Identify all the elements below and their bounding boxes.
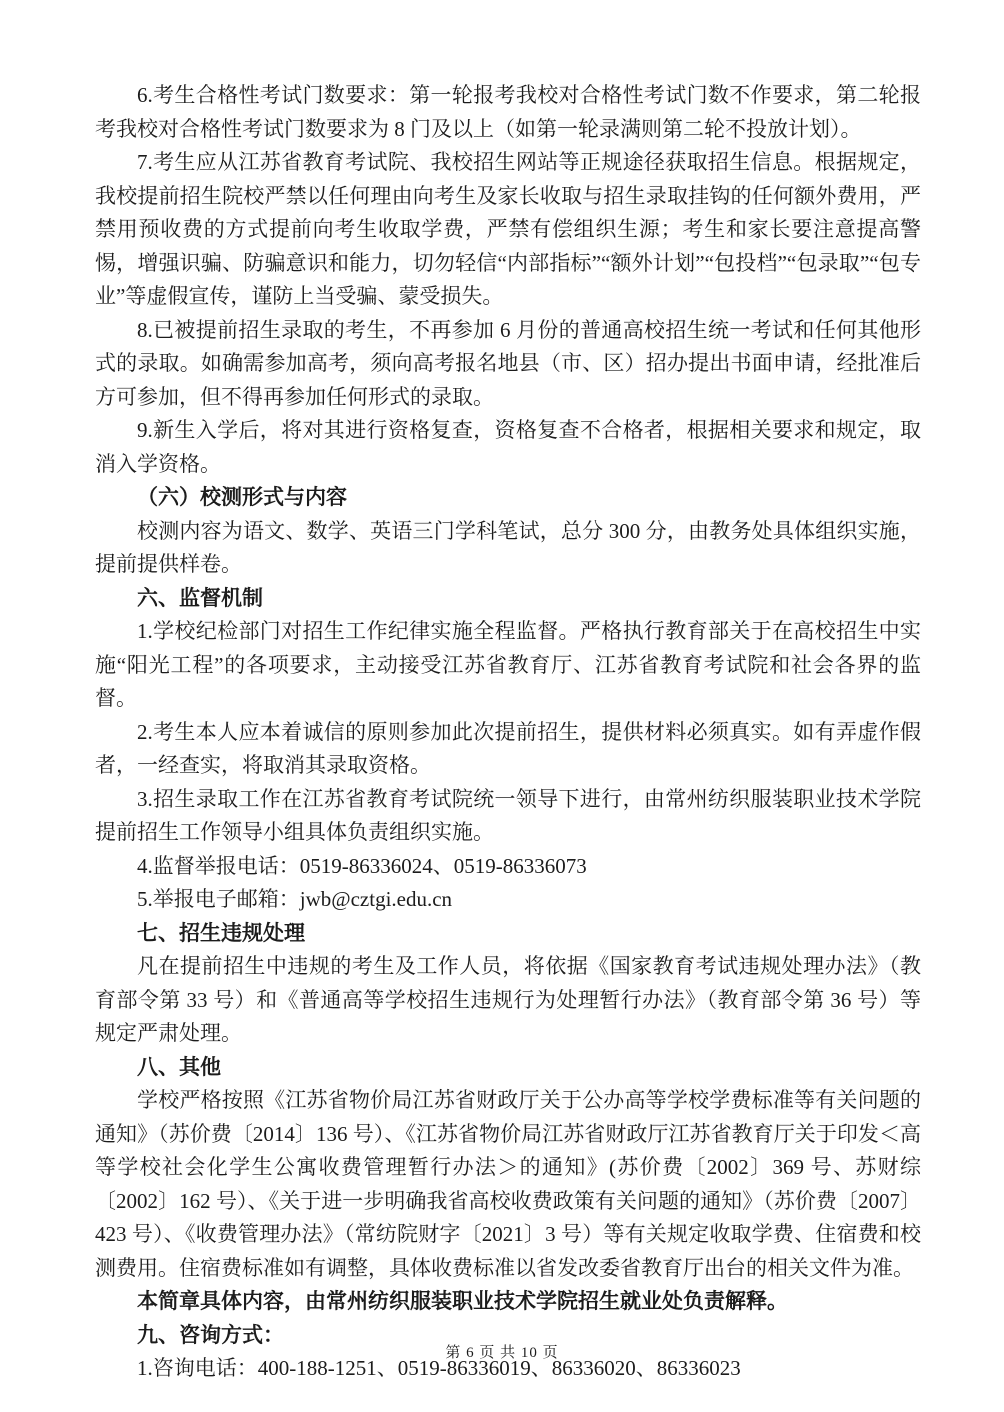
paragraph: 校测内容为语文、数学、英语三门学科笔试，总分 300 分，由教务处具体组织实施，… — [95, 515, 921, 582]
paragraph: 6.考生合格性考试门数要求：第一轮报考我校对合格性考试门数不作要求，第二轮报考我… — [95, 79, 921, 146]
paragraph: 9.新生入学后，将对其进行资格复查，资格复查不合格者，根据相关要求和规定，取消入… — [95, 414, 921, 481]
paragraph: 2.考生本人应本着诚信的原则参加此次提前招生，提供材料必须真实。如有弄虚作假者，… — [95, 716, 921, 783]
document-page: 6.考生合格性考试门数要求：第一轮报考我校对合格性考试门数不作要求，第二轮报考我… — [0, 0, 1004, 1412]
paragraph: 凡在提前招生中违规的考生及工作人员，将依据《国家教育考试违规处理办法》（教育部令… — [95, 950, 921, 1051]
section-heading: 六、监督机制 — [95, 582, 921, 616]
paragraph: 5.举报电子邮箱：jwb@cztgi.edu.cn — [95, 883, 921, 917]
paragraph: 学校严格按照《江苏省物价局江苏省财政厅关于公办高等学校学费标准等有关问题的通知》… — [95, 1084, 921, 1285]
section-heading: 七、招生违规处理 — [95, 917, 921, 951]
page-footer: 第 6 页 共 10 页 — [0, 1341, 1004, 1362]
document-body: 6.考生合格性考试门数要求：第一轮报考我校对合格性考试门数不作要求，第二轮报考我… — [95, 79, 921, 1386]
paragraph: 3.招生录取工作在江苏省教育考试院统一领导下进行，由常州纺织服装职业技术学院提前… — [95, 783, 921, 850]
paragraph: 7.考生应从江苏省教育考试院、我校招生网站等正规途径获取招生信息。根据规定，我校… — [95, 146, 921, 314]
paragraph: 8.已被提前招生录取的考生，不再参加 6 月份的普通高校招生统一考试和任何其他形… — [95, 314, 921, 415]
section-heading: 八、其他 — [95, 1051, 921, 1085]
section-heading: （六）校测形式与内容 — [95, 481, 921, 515]
paragraph: 4.监督举报电话：0519-86336024、0519-86336073 — [95, 850, 921, 884]
paragraph: 1.学校纪检部门对招生工作纪律实施全程监督。严格执行教育部关于在高校招生中实施“… — [95, 615, 921, 716]
emphasis-paragraph: 本简章具体内容，由常州纺织服装职业技术学院招生就业处负责解释。 — [95, 1285, 921, 1319]
